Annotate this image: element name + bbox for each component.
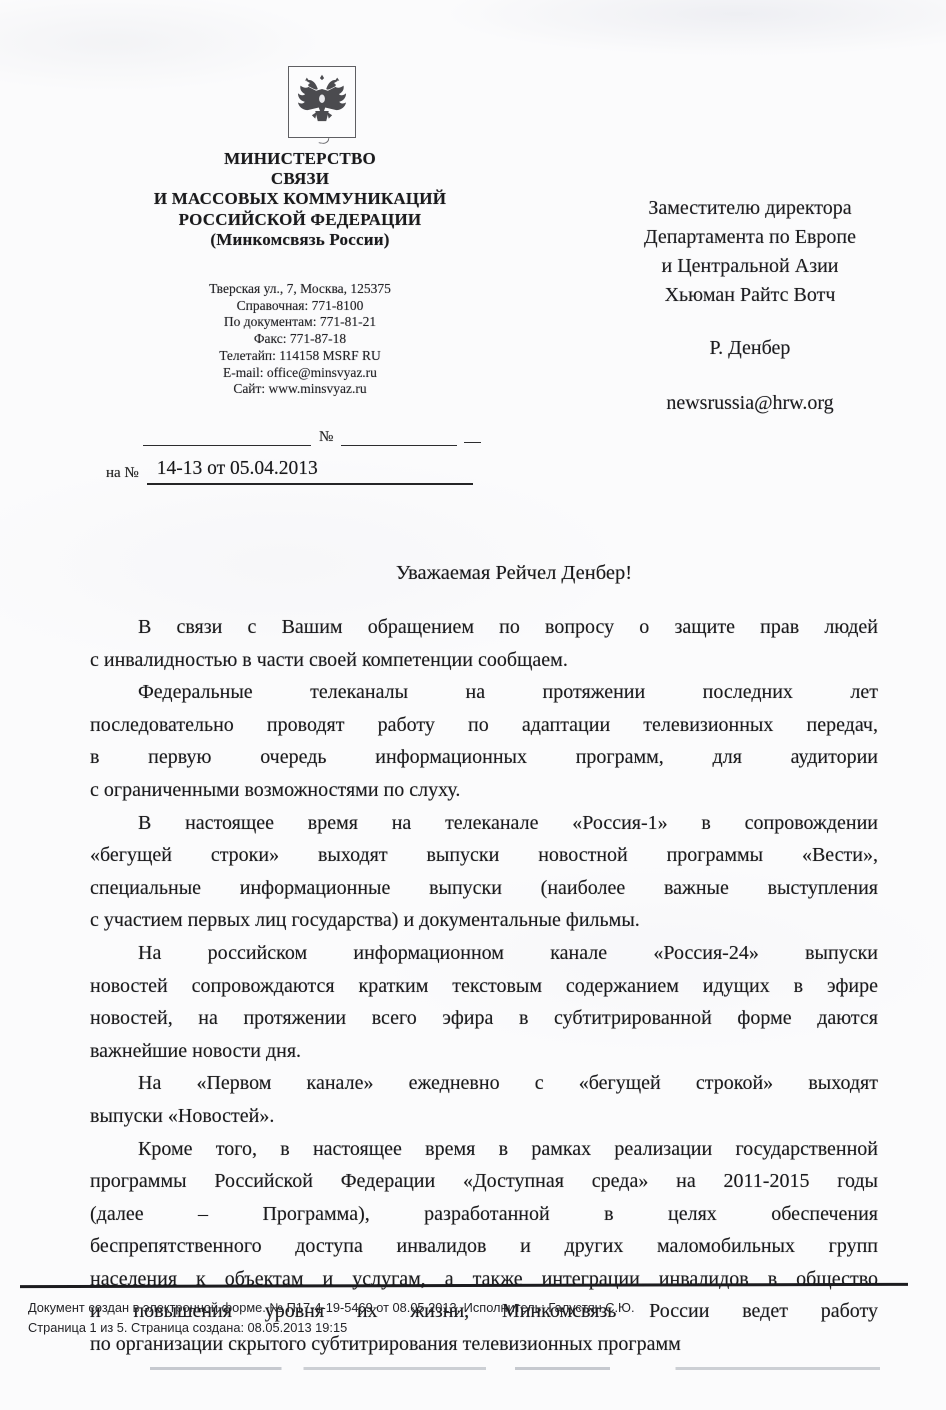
ministry-title-line: РОССИЙСКОЙ ФЕДЕРАЦИИ	[100, 210, 500, 230]
ministry-title-line: МИНИСТЕРСТВО	[100, 149, 500, 169]
body-paragraphs: В связи с Вашим обращением по вопросу о …	[90, 611, 878, 1361]
contact-line: По документам: 771-81-21	[100, 314, 500, 331]
contact-line: Тверская ул., 7, Москва, 125375	[100, 281, 500, 298]
body-line: с ограниченными возможностями по слуху.	[90, 774, 878, 807]
contact-line: Факс: 771-87-18	[100, 331, 500, 348]
body-line: (далее – Программа), разработанной в цел…	[90, 1198, 878, 1231]
paragraph: На российском информационном канале «Рос…	[90, 937, 878, 1067]
body-line: На «Первом канале» ежедневно с «бегущей …	[90, 1067, 878, 1100]
body-line: программы Российской Федерации «Доступна…	[90, 1165, 878, 1198]
ministry-title-line: И МАССОВЫХ КОММУНИКАЦИЙ	[100, 189, 500, 209]
body-line: специальные информационные выпуски (наиб…	[90, 872, 878, 905]
body-line: Федеральные телеканалы на протяжении пос…	[90, 676, 878, 709]
body-line: В связи с Вашим обращением по вопросу о …	[90, 611, 878, 644]
body-line: последовательно проводят работу по адапт…	[90, 709, 878, 742]
body-line: с инвалидностью в части своей компетенци…	[90, 644, 878, 677]
salutation: Уважаемая Рейчел Денбер!	[90, 562, 876, 585]
reply-reference-row: на № 14-13 от 05.04.2013	[106, 458, 473, 485]
paragraph: На «Первом канале» ежедневно с «бегущей …	[90, 1067, 878, 1132]
ministry-title-block: МИНИСТЕРСТВОСВЯЗИИ МАССОВЫХ КОММУНИКАЦИЙ…	[100, 149, 500, 250]
reply-reference-label: на №	[106, 465, 139, 485]
recipient-name: Р. Денбер	[563, 334, 937, 363]
recipient-block: Заместителю директораДепартамента по Евр…	[563, 194, 937, 418]
blank-number-underline	[341, 429, 457, 446]
body-line: с участием первых лиц государства) и док…	[90, 904, 878, 937]
recipient-address-lines: Заместителю директораДепартамента по Евр…	[563, 194, 937, 310]
ministry-contacts-block: Тверская ул., 7, Москва, 125375Справочна…	[100, 281, 500, 398]
body-line: Кроме того, в настоящее время в рамках р…	[90, 1133, 878, 1166]
paragraph: В настоящее время на телеканале «Россия-…	[90, 807, 878, 937]
contact-line: E-mail: office@minsvyaz.ru	[100, 365, 500, 382]
russia-coat-of-arms-icon	[295, 71, 349, 134]
recipient-line: Хьюман Райтс Вотч	[563, 281, 937, 310]
body-line: «бегущей строки» выходят выпуски новостн…	[90, 839, 878, 872]
body-line: в первую очередь информационных программ…	[90, 741, 878, 774]
footer-meta-line: Документ создан в электронной форме. № П…	[28, 1298, 908, 1318]
body-line: выпуски «Новостей».	[90, 1100, 878, 1133]
scan-edge-artifact	[150, 1367, 880, 1370]
recipient-line: Заместителю директора	[563, 194, 937, 223]
ministry-title-line: СВЯЗИ	[100, 169, 500, 189]
body-line: новостей, на протяжении всего эфира в су…	[90, 1002, 878, 1035]
blank-date-underline	[143, 429, 311, 446]
ministry-title-line: (Минкомсвязь России)	[100, 230, 500, 250]
body-line: важнейшие новости дня.	[90, 1035, 878, 1068]
contact-line: Справочная: 771-8100	[100, 298, 500, 315]
emblem-box	[288, 66, 356, 138]
body-line: На российском информационном канале «Рос…	[90, 937, 878, 970]
body-line: беспрепятственного доступа инвалидов и д…	[90, 1230, 878, 1263]
number-sign-label: №	[311, 429, 337, 446]
body-line: новостей сопровождаются кратким текстовы…	[90, 970, 878, 1003]
reply-reference-value: 14-13 от 05.04.2013	[147, 458, 473, 485]
recipient-line: Департамента по Европе	[563, 223, 937, 252]
recipient-email: newsrussia@hrw.org	[563, 389, 937, 418]
paragraph: В связи с Вашим обращением по вопросу о …	[90, 611, 878, 676]
body-line: В настоящее время на телеканале «Россия-…	[90, 807, 878, 840]
contact-line: Сайт: www.minsvyaz.ru	[100, 381, 500, 398]
scanned-letter-page: { "colors": { "paper": "#fbfbfc", "ink":…	[0, 0, 946, 1410]
footer-block: Документ создан в электронной форме. № П…	[28, 1298, 908, 1337]
outgoing-reference-row: №	[143, 428, 481, 446]
paragraph: Федеральные телеканалы на протяжении пос…	[90, 676, 878, 806]
body-line: населения к объектам и услугам, а также …	[90, 1263, 878, 1296]
blank-dash-underline	[464, 426, 481, 443]
recipient-line: и Центральной Азии	[563, 252, 937, 281]
footer-page-line: Страница 1 из 5. Страница создана: 08.05…	[28, 1318, 908, 1338]
contact-line: Телетайп: 114158 MSRF RU	[100, 348, 500, 365]
